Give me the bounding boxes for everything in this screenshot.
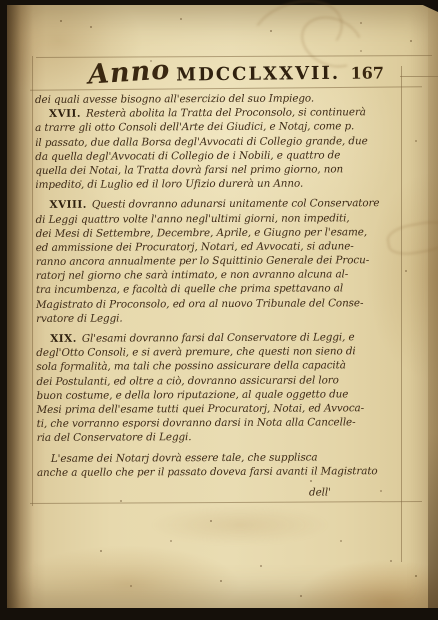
page-edge [428,0,438,620]
paper-stain [150,505,330,545]
folio-number: 167 [351,63,385,82]
manuscript-text-block: dei quali avesse bisogno all'esercizio d… [35,91,399,501]
manuscript-line: ria del Conservatore di Leggi. [37,429,399,445]
book-gutter-shadow [7,0,33,620]
manuscript-line: quella dei Notai, la Tratta dovrà farsi … [35,162,397,178]
photo-border-top [0,0,438,5]
margin-rule-right [401,66,402,562]
manuscript-line: ti, che vorranno esporsi dovranno darsi … [37,415,399,431]
manuscript-line: impedito, di Luglio ed il loro Ufizio du… [35,176,397,192]
line-text: Gl'esami dovranno farsi dal Conservatore… [82,331,355,344]
manuscript-line: Magistrato di Proconsolo, ed ora al nuov… [36,296,398,312]
header-year-roman: MDCCLXXVII. [176,63,340,86]
margin-rule-left [32,56,33,506]
paragraph-number: XIX. [50,333,77,345]
paragraph-number: XVIII. [49,199,86,211]
manuscript-line: XVIII.Questi dovranno adunarsi unitament… [35,196,397,212]
foxing-specks [60,20,62,22]
manuscript-line: di Leggi quattro volte l'anno negl'ultim… [36,211,398,227]
photo-border-bottom [0,608,438,620]
photo-border-left [0,0,7,620]
manuscript-photo: Anno MDCCLXXVII. 167 dei quali avesse bi… [0,0,438,620]
manuscript-line: sola formalità, ma tali che possino assi… [36,358,398,374]
manuscript-line: il passato, due dalla Borsa degl'Avvocat… [35,134,397,150]
paragraph-number: XVII. [49,108,81,120]
manuscript-line: ratorj nel giorno che sarà intimato, e n… [36,267,398,283]
manuscript-line: a trarre gli otto Consoli dell'Arte dei … [35,119,397,135]
header-anno-label: Anno [87,54,171,90]
line-text: Resterà abolita la Tratta del Proconsolo… [86,106,366,119]
catchword: dell' [309,485,399,499]
manuscript-line: anche a quello che per il passato doveva… [37,464,399,480]
line-text: Questi dovranno adunarsi unitamente col … [92,197,380,211]
manuscript-line: rvatore di Leggi. [36,310,398,326]
page-header: Anno MDCCLXXVII. 167 [36,54,422,90]
